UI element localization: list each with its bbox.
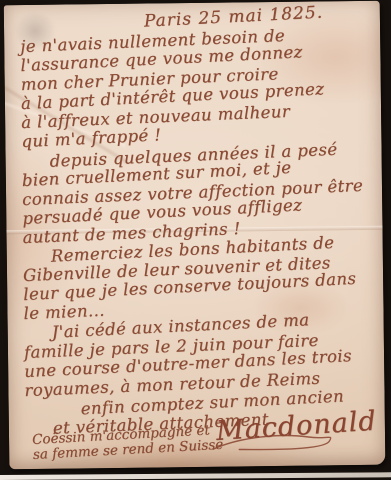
letter-body: je n'avais nullement besoin del'assuranc… bbox=[18, 33, 379, 438]
letter-content: Paris 25 mai 1825. je n'avais nullement … bbox=[18, 9, 380, 469]
mount-bottom-edge bbox=[0, 472, 391, 480]
paper-sheet: Paris 25 mai 1825. je n'avais nullement … bbox=[4, 1, 386, 470]
letter-scan: Paris 25 mai 1825. je n'avais nullement … bbox=[0, 0, 391, 480]
